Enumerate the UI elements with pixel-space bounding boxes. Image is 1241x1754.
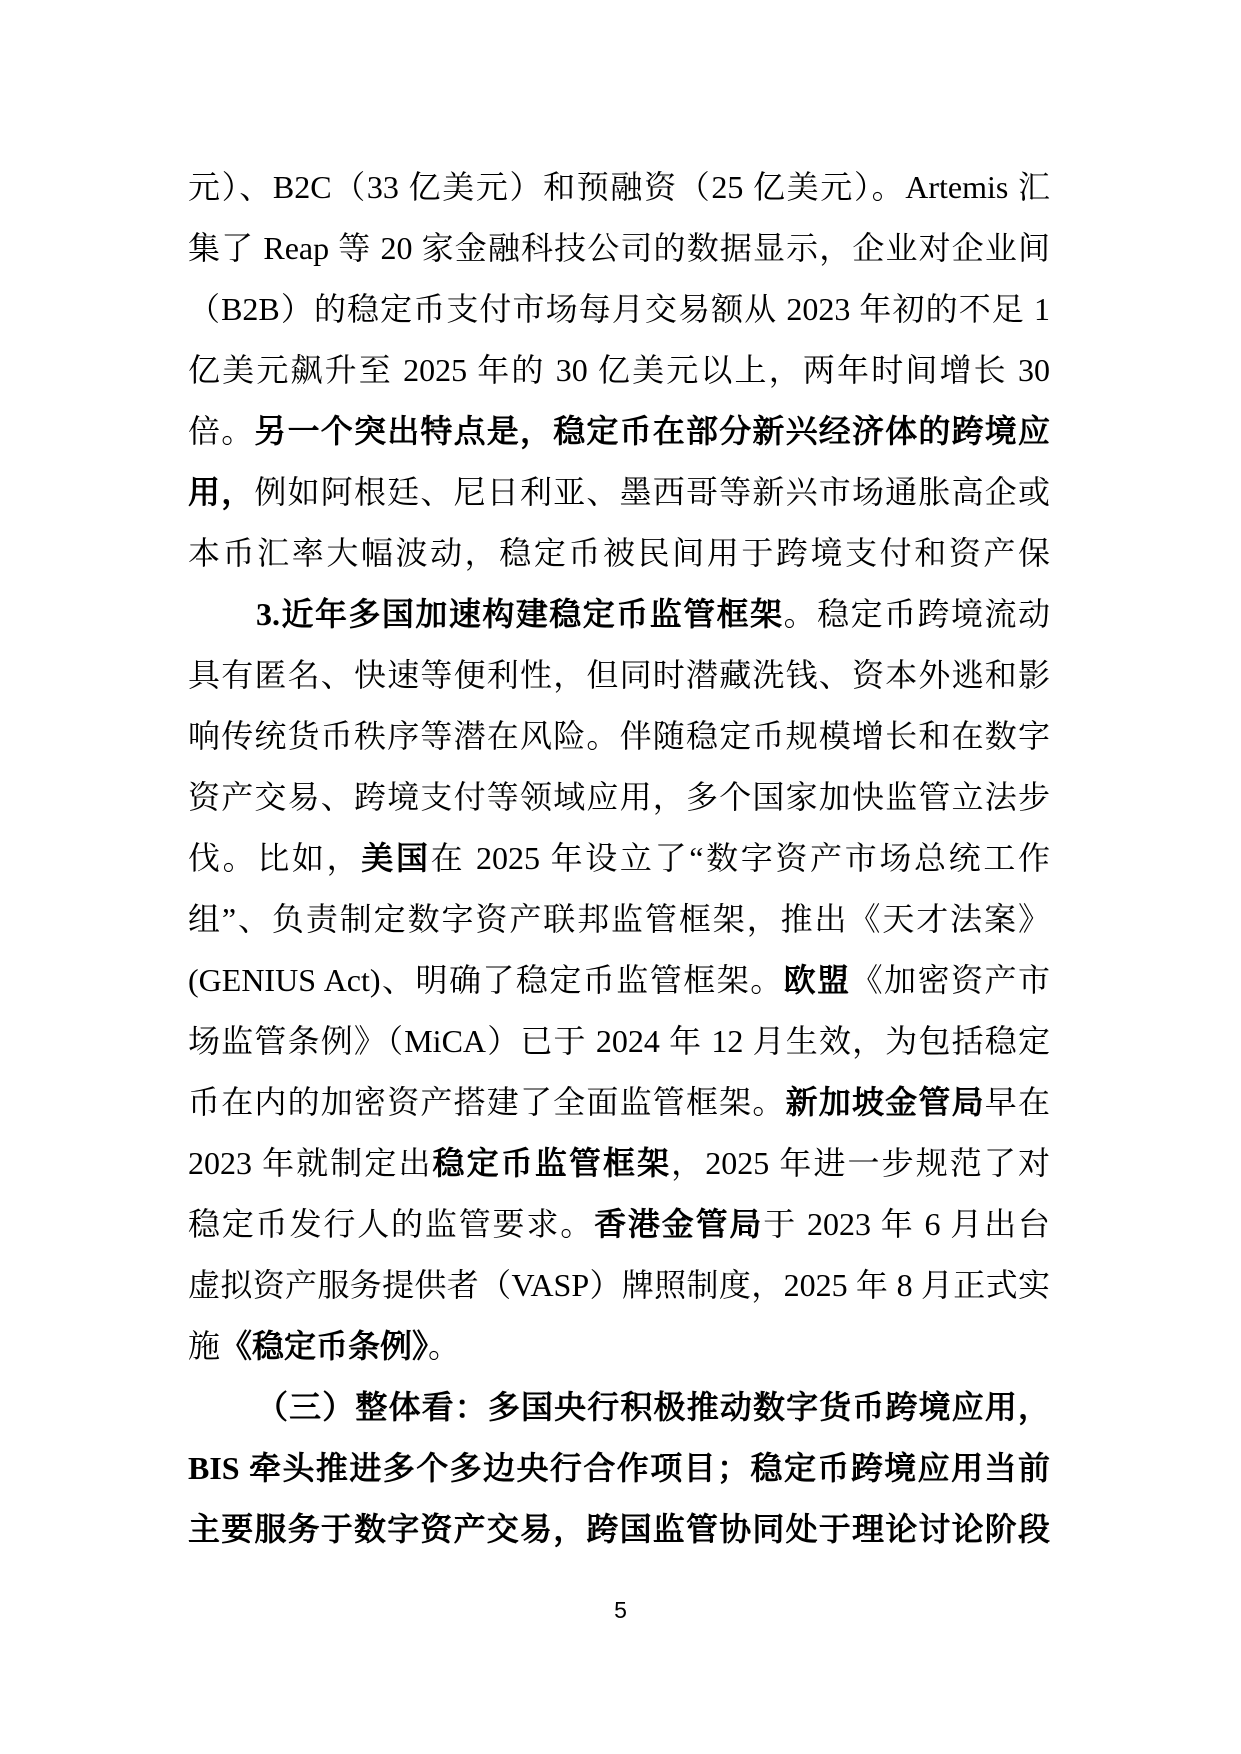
emphasis-hei-text: 美国	[361, 840, 430, 876]
body-text: 倍。	[188, 413, 254, 449]
text-line: 倍。另一个突出特点是，稳定币在部分新兴经济体的跨境应	[188, 401, 1050, 462]
body-text: 早在	[985, 1084, 1050, 1120]
body-text: 《加密资产市	[851, 962, 1050, 998]
text-line: 虚拟资产服务提供者（VASP）牌照制度，2025 年 8 月正式实	[188, 1255, 1050, 1316]
body-text: 于 2023 年 6 月出台	[763, 1206, 1050, 1242]
body-text: 稳定币发行人的监管要求。	[188, 1206, 594, 1242]
body-text: 本币汇率大幅波动，稳定币被民间用于跨境支付和资产保值。	[188, 535, 1050, 584]
text-line: 主要服务于数字资产交易，跨国监管协同处于理论讨论阶段	[188, 1499, 1050, 1560]
body-text: (GENIUS Act)、明确了稳定币监管框架。	[188, 962, 784, 998]
emphasis-bold-text: 主要服务于数字资产交易，跨国监管协同处于理论讨论阶段	[188, 1511, 1050, 1547]
body-text: 施	[188, 1328, 220, 1364]
emphasis-bold-text: BIS 牵头推进多个多边央行合作项目；稳定币跨境应用当前	[188, 1450, 1050, 1486]
document-page: 元）、B2C（33 亿美元）和预融资（25 亿美元）。Artemis 汇集了 R…	[0, 0, 1241, 1754]
body-text: 亿美元飙升至 2025 年的 30 亿美元以上，两年时间增长 30	[188, 352, 1050, 388]
document-body: 元）、B2C（33 亿美元）和预融资（25 亿美元）。Artemis 汇集了 R…	[188, 157, 1050, 1560]
emphasis-bold-text: （三）整体看：多国央行积极推动数字货币跨境应用，	[256, 1389, 1050, 1425]
page-number: 5	[0, 1597, 1241, 1624]
text-line: 组”、负责制定数字资产联邦监管框架，推出《天才法案》	[188, 889, 1050, 950]
body-text: 响传统货币秩序等潜在风险。伴随稳定币规模增长和在数字	[188, 718, 1050, 754]
text-line: 场监管条例》（MiCA）已于 2024 年 12 月生效，为包括稳定	[188, 1011, 1050, 1072]
emphasis-bold-text: 另一个突出特点是，稳定币在部分新兴经济体的跨境应	[254, 413, 1050, 449]
body-text: 在 2025 年设立了“数字资产市场总统工作	[431, 840, 1050, 876]
text-line: 用，例如阿根廷、尼日利亚、墨西哥等新兴市场通胀高企或	[188, 462, 1050, 523]
emphasis-hei-text: 香港金管局	[594, 1206, 763, 1242]
body-text: 伐。比如，	[188, 840, 361, 876]
emphasis-hei-text: 欧盟	[784, 962, 851, 998]
body-text: （B2B）的稳定币支付市场每月交易额从 2023 年初的不足 1	[188, 291, 1050, 327]
text-line: 本币汇率大幅波动，稳定币被民间用于跨境支付和资产保值。	[188, 523, 1050, 584]
body-text: 虚拟资产服务提供者（VASP）牌照制度，2025 年 8 月正式实	[188, 1267, 1050, 1303]
text-line: （B2B）的稳定币支付市场每月交易额从 2023 年初的不足 1	[188, 279, 1050, 340]
body-text: 集了 Reap 等 20 家金融科技公司的数据显示，企业对企业间	[188, 230, 1050, 266]
text-line: BIS 牵头推进多个多边央行合作项目；稳定币跨境应用当前	[188, 1438, 1050, 1499]
paragraph-regulation: 3.近年多国加速构建稳定币监管框架。稳定币跨境流动具有匿名、快速等便利性，但同时…	[188, 584, 1050, 1377]
text-line: 施《稳定币条例》。	[188, 1316, 1050, 1377]
text-line: 稳定币发行人的监管要求。香港金管局于 2023 年 6 月出台	[188, 1194, 1050, 1255]
body-text: 元）、B2C（33 亿美元）和预融资（25 亿美元）。Artemis 汇	[188, 169, 1050, 205]
text-line: （三）整体看：多国央行积极推动数字货币跨境应用，	[188, 1377, 1050, 1438]
body-text: 例如阿根廷、尼日利亚、墨西哥等新兴市场通胀高企或	[254, 474, 1050, 510]
emphasis-bold-text: 3.近年多国加速构建稳定币监管框架	[256, 596, 784, 632]
text-line: 响传统货币秩序等潜在风险。伴随稳定币规模增长和在数字	[188, 706, 1050, 767]
text-line: 集了 Reap 等 20 家金融科技公司的数据显示，企业对企业间	[188, 218, 1050, 279]
body-text: 币在内的加密资产搭建了全面监管框架。	[188, 1084, 786, 1120]
emphasis-bold-text: 用，	[188, 474, 254, 510]
text-line: 资产交易、跨境支付等领域应用，多个国家加快监管立法步	[188, 767, 1050, 828]
text-line: 币在内的加密资产搭建了全面监管框架。新加坡金管局早在	[188, 1072, 1050, 1133]
text-line: 具有匿名、快速等便利性，但同时潜藏洗钱、资本外逃和影	[188, 645, 1050, 706]
emphasis-bold-text: 《稳定币条例》	[220, 1328, 428, 1364]
text-line: 亿美元飙升至 2025 年的 30 亿美元以上，两年时间增长 30	[188, 340, 1050, 401]
text-line: 2023 年就制定出稳定币监管框架，2025 年进一步规范了对	[188, 1133, 1050, 1194]
body-text: 资产交易、跨境支付等领域应用，多个国家加快监管立法步	[188, 779, 1050, 815]
body-text: 。	[428, 1328, 460, 1364]
text-line: (GENIUS Act)、明确了稳定币监管框架。欧盟《加密资产市	[188, 950, 1050, 1011]
text-line: 3.近年多国加速构建稳定币监管框架。稳定币跨境流动	[188, 584, 1050, 645]
emphasis-bold-text: 稳定币监管框架	[433, 1145, 672, 1181]
body-text: 场监管条例》（MiCA）已于 2024 年 12 月生效，为包括稳定	[188, 1023, 1050, 1059]
text-line: 伐。比如，美国在 2025 年设立了“数字资产市场总统工作	[188, 828, 1050, 889]
body-text: 具有匿名、快速等便利性，但同时潜藏洗钱、资本外逃和影	[188, 657, 1050, 693]
paragraph-market-data: 元）、B2C（33 亿美元）和预融资（25 亿美元）。Artemis 汇集了 R…	[188, 157, 1050, 584]
body-text: 。稳定币跨境流动	[784, 596, 1050, 632]
body-text: 组”、负责制定数字资产联邦监管框架，推出《天才法案》	[188, 901, 1050, 937]
body-text: 2023 年就制定出	[188, 1145, 433, 1181]
body-text: ，2025 年进一步规范了对	[671, 1145, 1050, 1181]
emphasis-hei-text: 新加坡金管局	[786, 1084, 985, 1120]
text-line: 元）、B2C（33 亿美元）和预融资（25 亿美元）。Artemis 汇	[188, 157, 1050, 218]
paragraph-summary: （三）整体看：多国央行积极推动数字货币跨境应用，BIS 牵头推进多个多边央行合作…	[188, 1377, 1050, 1560]
